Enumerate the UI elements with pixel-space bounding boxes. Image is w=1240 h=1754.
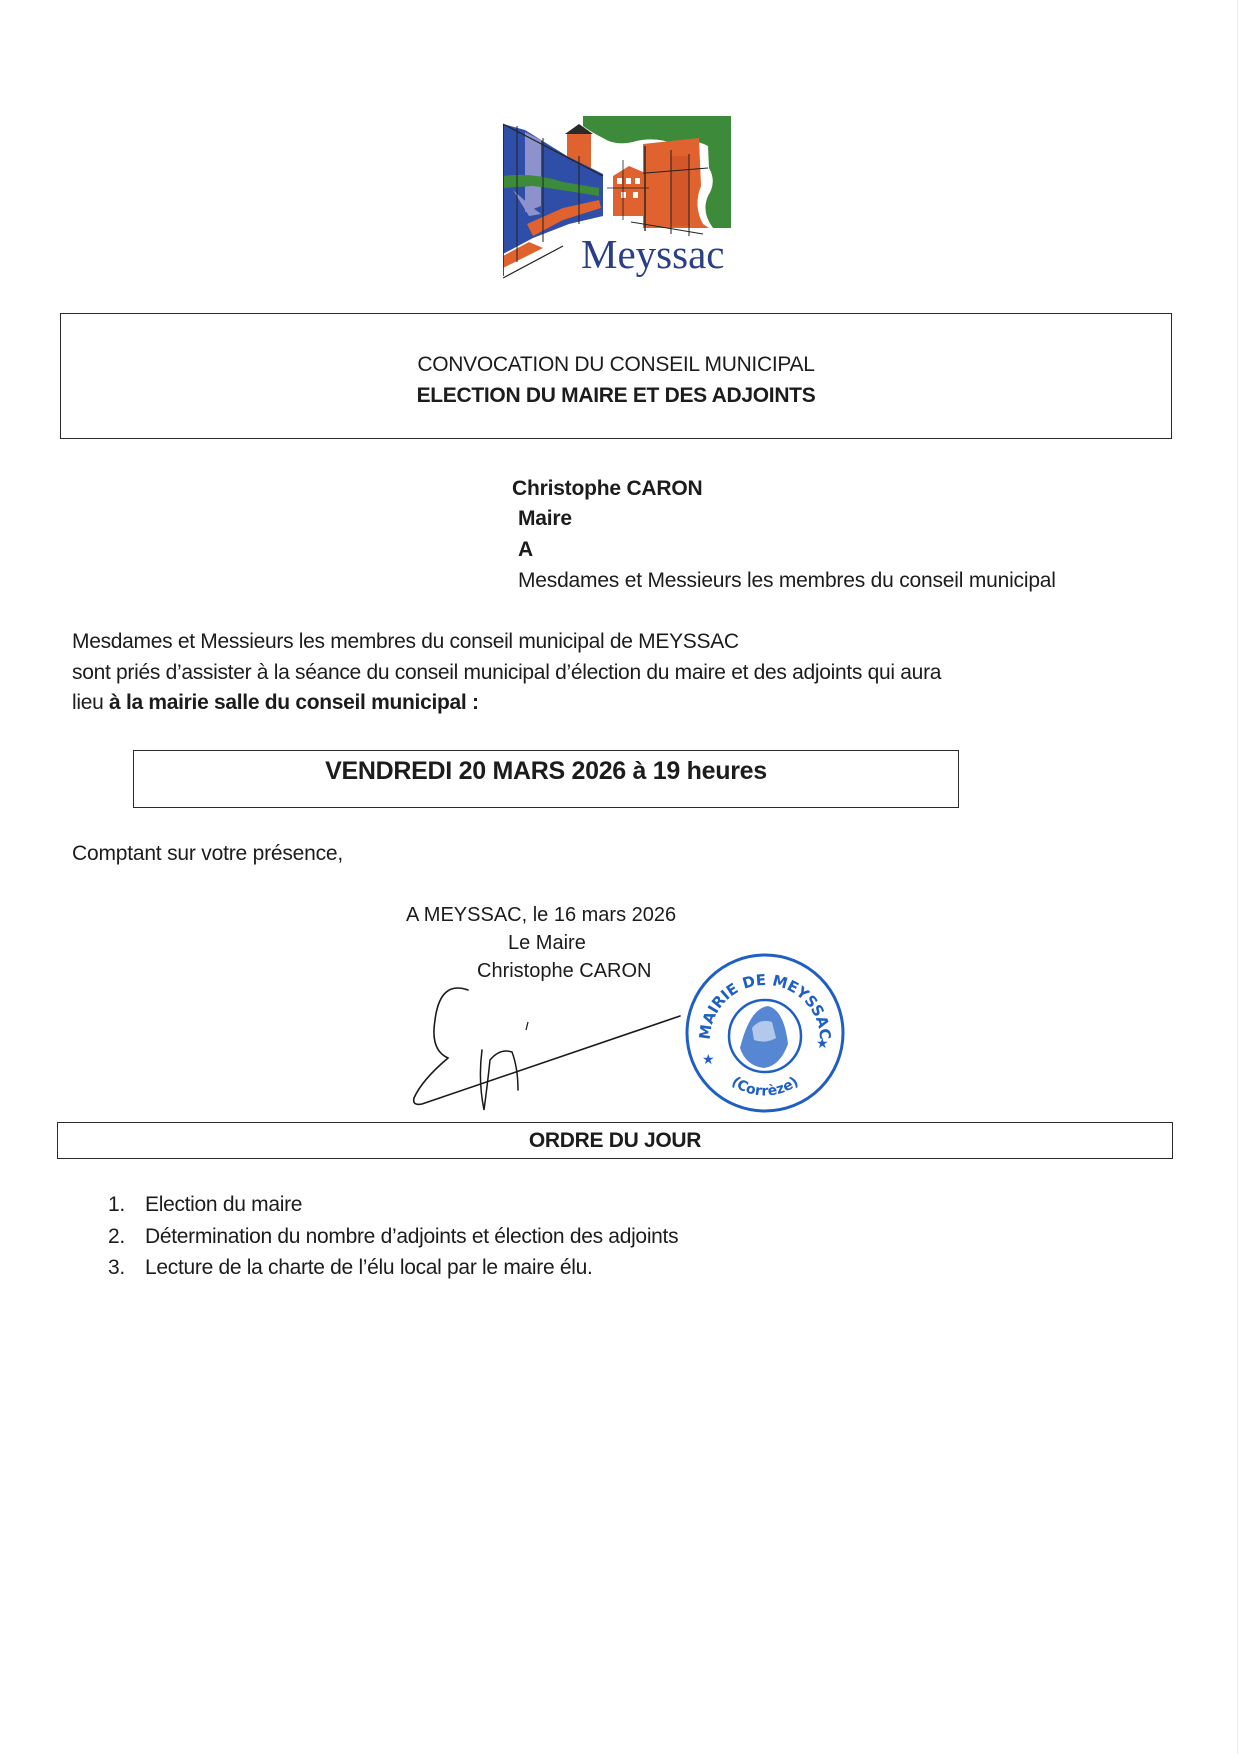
agenda-item-number: 2. [108,1226,145,1247]
meyssac-logo: Meyssac [503,116,731,280]
agenda-header-box: ORDRE DU JOUR [57,1122,1173,1159]
agenda-item: 1.Election du maire [108,1194,302,1215]
closing-text: Comptant sur votre présence, [72,843,343,864]
meeting-location: à la mairie salle du conseil municipal [109,691,466,714]
meeting-date-box: VENDREDI 20 MARS 2026 à 19 heures [133,750,959,808]
official-seal-stamp-icon: MAIRIE DE MEYSSAC (Corrèze) ★ ★ [680,948,850,1118]
signature-place-date: A MEYSSAC, le 16 mars 2026 [406,905,676,925]
agenda-item: 3.Lecture de la charte de l’élu local pa… [108,1257,593,1278]
agenda-item: 2.Détermination du nombre d’adjoints et … [108,1226,678,1247]
sender-role: Maire [518,508,572,529]
body-line: Mesdames et Messieurs les membres du con… [72,631,739,652]
addressee: Mesdames et Messieurs les membres du con… [518,570,1056,591]
body-text: lieu [72,691,109,714]
agenda-item-text: Détermination du nombre d’adjoints et él… [145,1225,678,1248]
body-line: lieu à la mairie salle du conseil munici… [72,692,479,713]
body-text: : [466,691,478,714]
agenda-item-text: Lecture de la charte de l’élu local par … [145,1256,593,1279]
meeting-datetime: VENDREDI 20 MARS 2026 à 19 heures [134,759,958,784]
svg-text:(Corrèze): (Corrèze) [728,1074,801,1100]
document-title-box: CONVOCATION DU CONSEIL MUNICIPAL ELECTIO… [60,313,1172,439]
sender-name: Christophe CARON [512,478,702,499]
body-line: sont priés d’assister à la séance du con… [72,662,941,683]
svg-text:★: ★ [702,1052,715,1068]
document-subtitle: ELECTION DU MAIRE ET DES ADJOINTS [61,385,1171,406]
handwritten-signature-icon [400,980,690,1115]
agenda-item-number: 3. [108,1257,145,1278]
signature-name: Christophe CARON [477,961,652,981]
scan-edge [1237,0,1238,1754]
signature-title: Le Maire [508,933,586,953]
svg-text:★: ★ [816,1036,829,1052]
document-title: CONVOCATION DU CONSEIL MUNICIPAL [61,354,1171,375]
addressee-prefix: A [518,539,533,560]
agenda-title: ORDRE DU JOUR [58,1130,1172,1151]
agenda-item-number: 1. [108,1194,145,1215]
agenda-item-text: Election du maire [145,1193,302,1216]
logo-wordmark: Meyssac [581,234,724,275]
